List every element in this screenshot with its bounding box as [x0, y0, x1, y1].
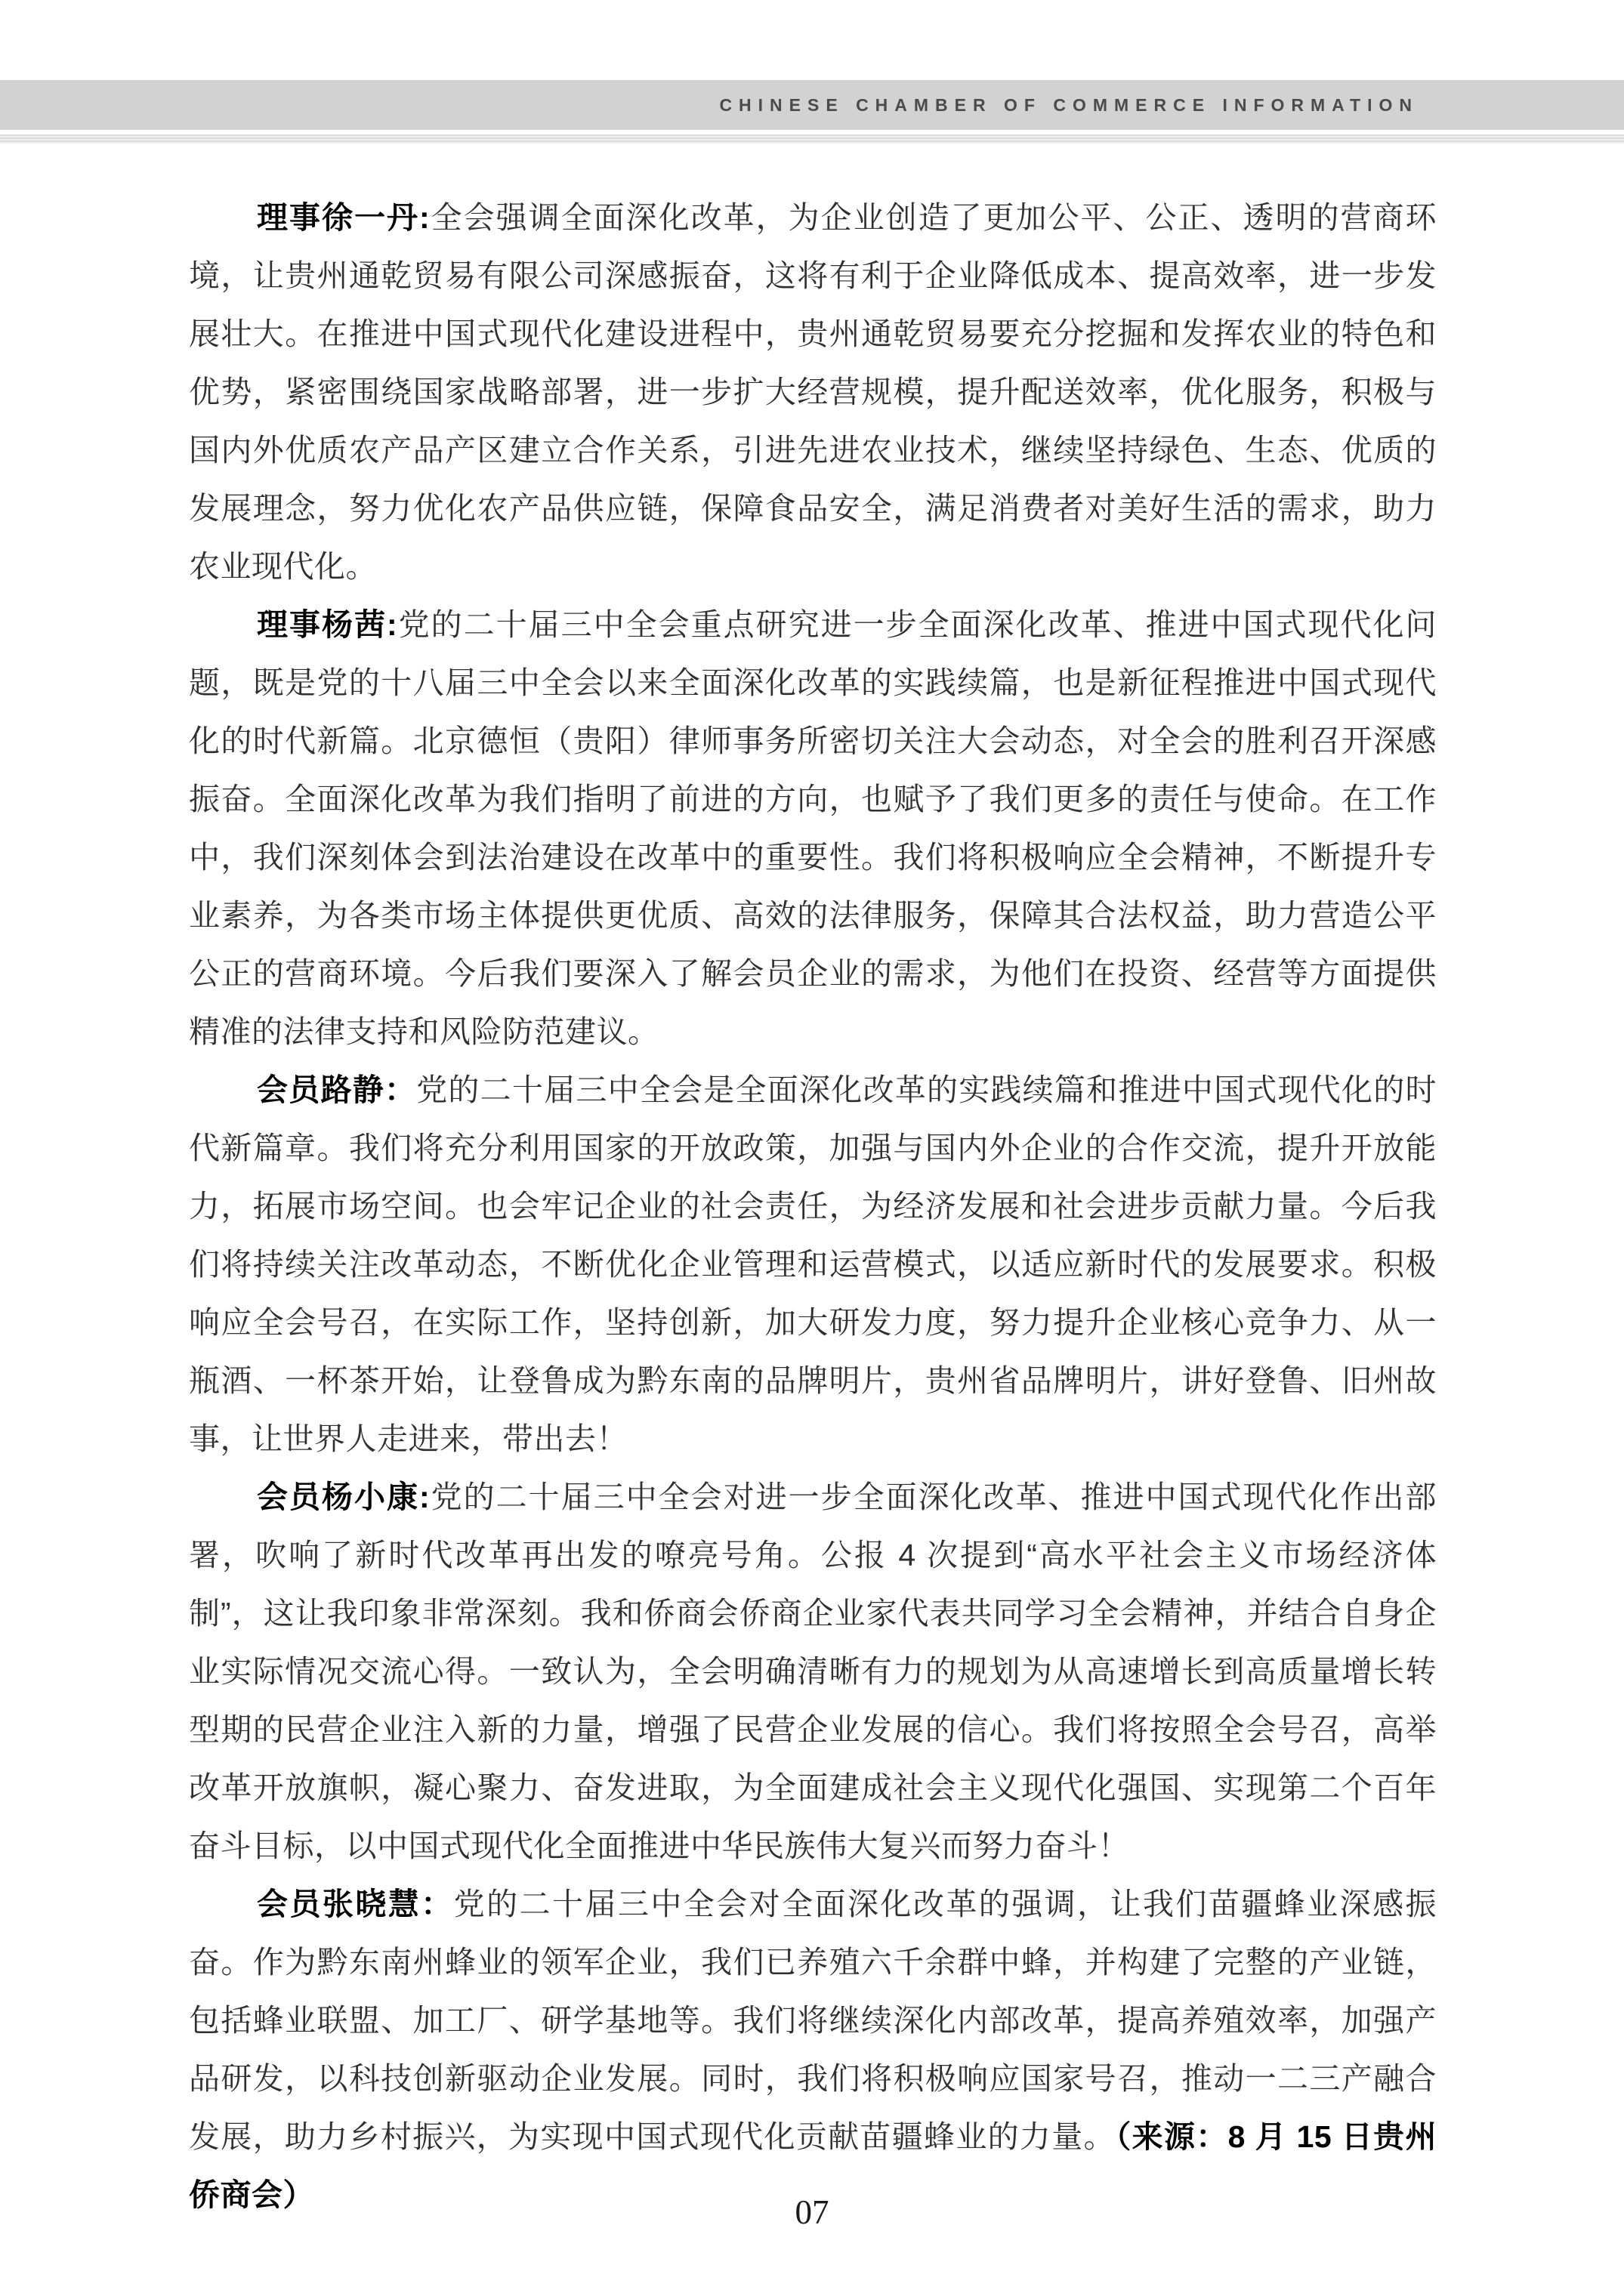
- banner-title: CHINESE CHAMBER OF COMMERCE INFORMATION: [719, 95, 1419, 116]
- paragraph-text: 党的二十届三中全会对全面深化改革的强调，让我们苗疆蜂业深感振奋。作为黔东南州蜂业…: [189, 1887, 1437, 2154]
- paragraph: 会员路静：党的二十届三中全会是全面深化改革的实践续篇和推进中国式现代化的时代新篇…: [189, 1061, 1437, 1468]
- document-page: CHINESE CHAMBER OF COMMERCE INFORMATION …: [0, 0, 1624, 2293]
- speaker-name: 理事徐一丹:: [257, 200, 430, 235]
- paragraph: 会员张晓慧：党的二十届三中全会对全面深化改革的强调，让我们苗疆蜂业深感振奋。作为…: [189, 1875, 1437, 2224]
- speaker-name: 会员张晓慧：: [257, 1887, 454, 1921]
- page-number: 07: [0, 2193, 1624, 2232]
- header-banner: CHINESE CHAMBER OF COMMERCE INFORMATION: [0, 80, 1624, 130]
- paragraph: 理事杨茜:党的二十届三中全会重点研究进一步全面深化改革、推进中国式现代化问题，既…: [189, 596, 1437, 1061]
- speaker-name: 会员路静：: [257, 1072, 416, 1107]
- article-body: 理事徐一丹:全会强调全面深化改革，为企业创造了更加公平、公正、透明的营商环境，让…: [189, 189, 1437, 2224]
- paragraph-text: 党的二十届三中全会对进一步全面深化改革、推进中国式现代化作出部署，吹响了新时代改…: [189, 1480, 1437, 1863]
- speaker-name: 理事杨茜:: [257, 607, 397, 642]
- header-divider-stripes: [0, 134, 1624, 144]
- speaker-name: 会员杨小康:: [257, 1480, 430, 1514]
- paragraph-text: 党的二十届三中全会是全面深化改革的实践续篇和推进中国式现代化的时代新篇章。我们将…: [189, 1072, 1437, 1456]
- paragraph: 理事徐一丹:全会强调全面深化改革，为企业创造了更加公平、公正、透明的营商环境，让…: [189, 189, 1437, 596]
- paragraph: 会员杨小康:党的二十届三中全会对进一步全面深化改革、推进中国式现代化作出部署，吹…: [189, 1468, 1437, 1875]
- paragraph-text: 全会强调全面深化改革，为企业创造了更加公平、公正、透明的营商环境，让贵州通乾贸易…: [189, 200, 1437, 584]
- paragraph-text: 党的二十届三中全会重点研究进一步全面深化改革、推进中国式现代化问题，既是党的十八…: [189, 607, 1437, 1049]
